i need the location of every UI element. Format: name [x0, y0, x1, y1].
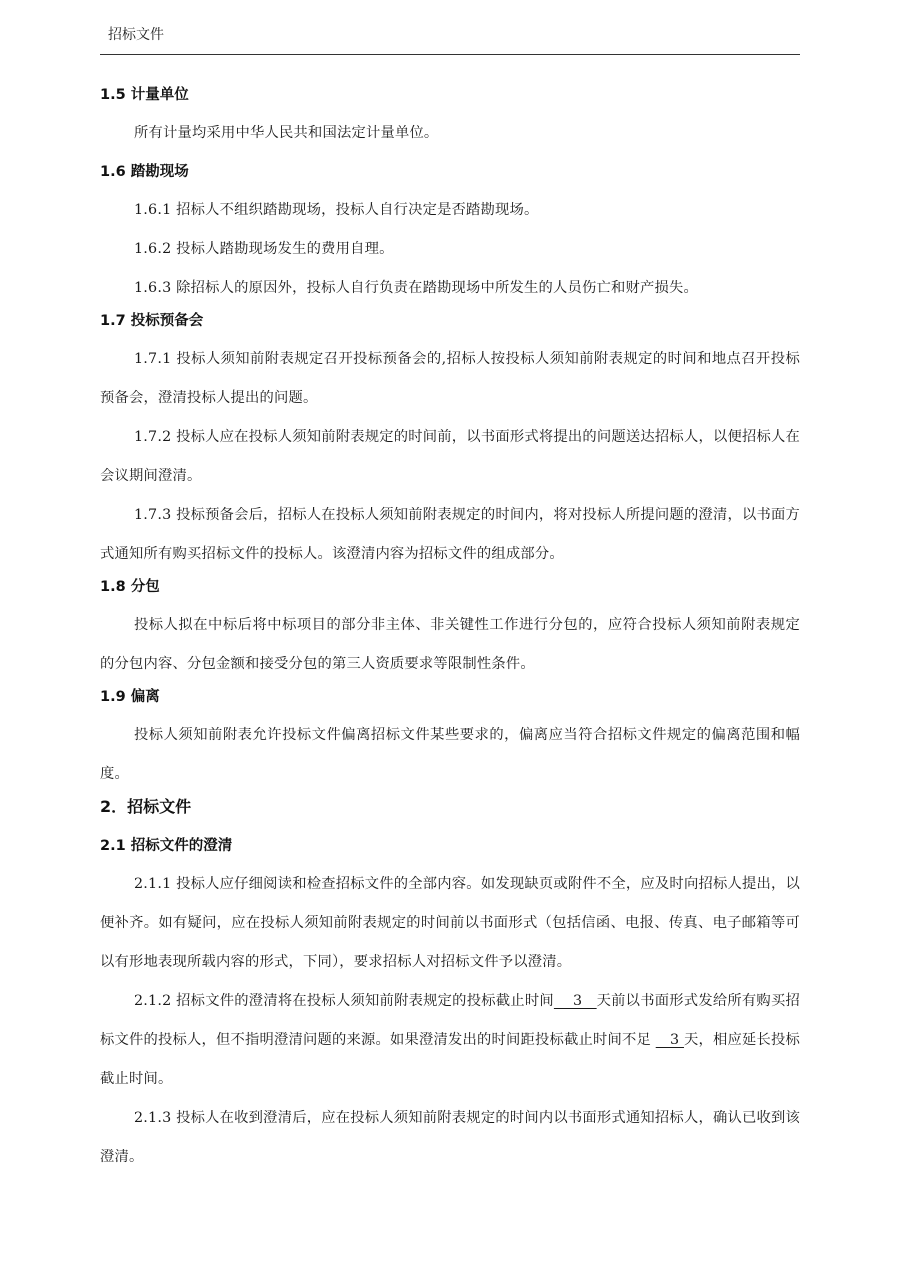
paragraph: 1.7.2 投标人应在投标人须知前附表规定的时间前，以书面形式将提出的问题送达招…: [100, 418, 800, 496]
section-heading-1-5: 1.5 计量单位: [100, 82, 800, 108]
paragraph: 1.6.3 除招标人的原因外，投标人自行负责在踏勘现场中所发生的人员伤亡和财产损…: [100, 269, 800, 308]
days-blank-2: 3: [656, 1032, 684, 1048]
section-heading-2-1: 2.1 招标文件的澄清: [100, 833, 800, 859]
section-heading-1-8: 1.8 分包: [100, 574, 800, 600]
paragraph: 2.1.1 投标人应仔细阅读和检查招标文件的全部内容。如发现缺页或附件不全，应及…: [100, 865, 800, 982]
paragraph: 1.6.1 招标人不组织踏勘现场，投标人自行决定是否踏勘现场。: [100, 191, 800, 230]
paragraph-2-1-2: 2.1.2 招标文件的澄清将在投标人须知前附表规定的投标截止时间 3 天前以书面…: [100, 982, 800, 1099]
paragraph: 1.7.1 投标人须知前附表规定召开投标预备会的,招标人按投标人须知前附表规定的…: [100, 340, 800, 418]
paragraph: 2.1.3 投标人在收到澄清后，应在投标人须知前附表规定的时间内以书面形式通知招…: [100, 1099, 800, 1177]
paragraph: 投标人拟在中标后将中标项目的部分非主体、非关键性工作进行分包的，应符合投标人须知…: [100, 606, 800, 684]
section-heading-1-6: 1.6 踏勘现场: [100, 159, 800, 185]
paragraph: 1.6.2 投标人踏勘现场发生的费用自理。: [100, 230, 800, 269]
days-blank-1: 3: [554, 993, 597, 1009]
page-header-title: 招标文件: [108, 24, 164, 44]
chapter-heading-2: 2．招标文件: [100, 794, 800, 820]
header-divider: [100, 54, 800, 55]
section-heading-1-7: 1.7 投标预备会: [100, 308, 800, 334]
document-body: 1.5 计量单位 所有计量均采用中华人民共和国法定计量单位。 1.6 踏勘现场 …: [100, 82, 800, 1177]
section-heading-1-9: 1.9 偏离: [100, 684, 800, 710]
paragraph: 所有计量均采用中华人民共和国法定计量单位。: [100, 114, 800, 153]
paragraph: 投标人须知前附表允许投标文件偏离招标文件某些要求的，偏离应当符合招标文件规定的偏…: [100, 716, 800, 794]
paragraph: 1.7.3 投标预备会后，招标人在投标人须知前附表规定的时间内，将对投标人所提问…: [100, 496, 800, 574]
